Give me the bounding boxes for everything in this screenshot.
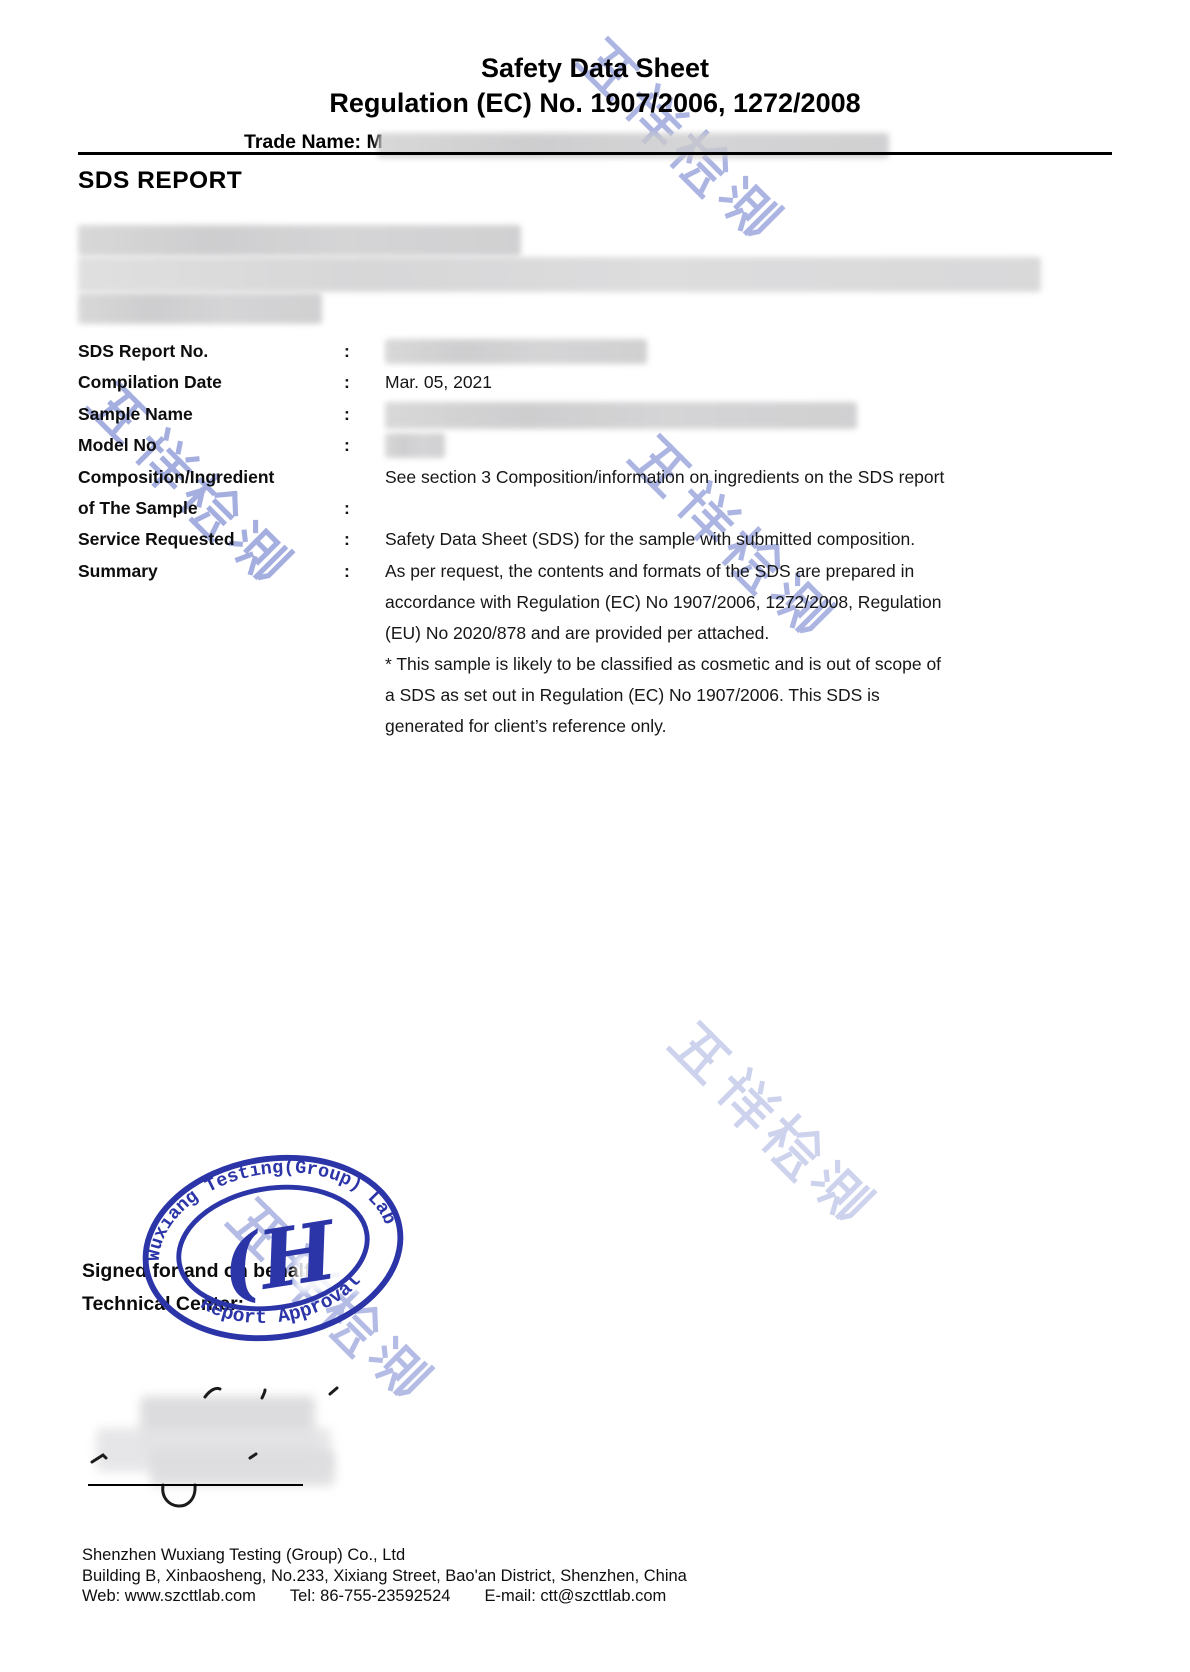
model-no-redacted [385, 433, 445, 458]
client-city-redacted [78, 293, 322, 324]
report-heading: SDS REPORT [78, 167, 242, 195]
field-value [385, 493, 1118, 524]
field-label: Compilation Date [78, 367, 344, 398]
field-label: Service Requested [78, 524, 344, 555]
field-value: See section 3 Composition/information on… [385, 462, 1118, 493]
document-title: Safety Data Sheet [0, 53, 1190, 84]
field-row: of The Sample : [78, 493, 1118, 524]
footer-tel: Tel: 86-755-23592524 [290, 1587, 451, 1605]
watermark-lower [660, 1012, 881, 1233]
stamp-monogram-icon: (H [215, 1203, 344, 1314]
field-row: Summary : As per request, the contents a… [78, 556, 1118, 742]
field-value: As per request, the contents and formats… [385, 556, 1118, 742]
field-row: Composition/Ingredient See section 3 Com… [78, 462, 1118, 493]
footer-email: E-mail: ctt@szcttlab.com [484, 1587, 666, 1605]
footer: Shenzhen Wuxiang Testing (Group) Co., Lt… [82, 1545, 700, 1607]
footer-web: Web: www.szcttlab.com [82, 1587, 256, 1605]
footer-company: Shenzhen Wuxiang Testing (Group) Co., Lt… [82, 1545, 700, 1566]
field-label: Sample Name [78, 399, 344, 430]
field-label: of The Sample [78, 493, 344, 524]
document-subtitle: Regulation (EC) No. 1907/2006, 1272/2008 [0, 88, 1190, 119]
client-name-redacted [78, 225, 521, 256]
field-row: Compilation Date : Mar. 05, 2021 [78, 367, 1118, 398]
field-label: Summary [78, 556, 344, 742]
field-value: Mar. 05, 2021 [385, 367, 1118, 398]
client-address-redacted [78, 257, 1041, 292]
trade-name-label: Trade Name: M [244, 131, 383, 154]
sample-name-redacted [385, 402, 857, 429]
field-label: SDS Report No. [78, 336, 344, 367]
footer-address: Building B, Xinbaosheng, No.233, Xixiang… [82, 1566, 700, 1587]
field-label: Composition/Ingredient [78, 462, 344, 493]
header-divider [78, 152, 1112, 155]
report-no-redacted [385, 339, 647, 364]
field-row: Model No : [78, 430, 1118, 461]
sds-report-page: Safety Data Sheet Regulation (EC) No. 19… [0, 0, 1190, 1672]
field-value: Safety Data Sheet (SDS) for the sample w… [385, 524, 1118, 555]
field-row: Service Requested : Safety Data Sheet (S… [78, 524, 1118, 555]
field-value [385, 430, 1118, 461]
signature-strokes [80, 1380, 400, 1530]
field-label: Model No [78, 430, 344, 461]
